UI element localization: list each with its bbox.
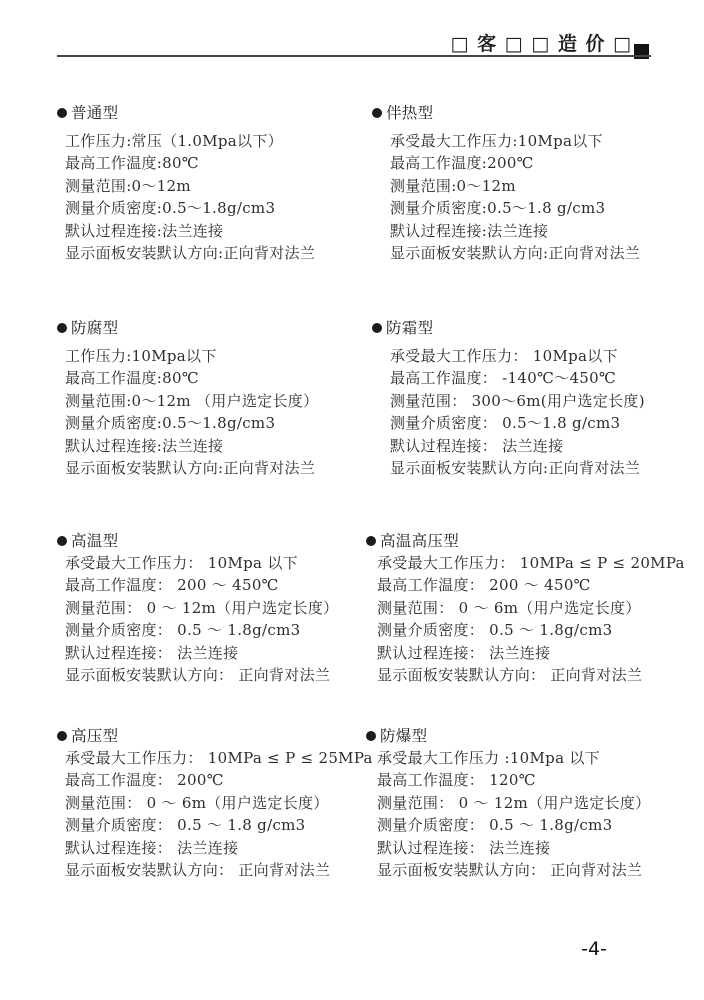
bullet-icon [366,536,376,546]
section-title: 防爆型 [380,725,427,747]
bullet-icon [372,108,382,118]
header-title: □ 客 □ □ 造 价 □ [451,29,633,56]
section-anticorrosion-type: 防腐型 工作压力:10Mpa以下 最高工作温度:80℃ 测量范围:0～12m （… [57,317,318,479]
section-heading: 伴热型 [372,102,640,124]
spec-line: 最高工作温度： -140℃～450℃ [390,367,645,389]
section-title: 高温型 [71,530,118,552]
spec-line: 显示面板安装默认方向:正向背对法兰 [65,242,315,264]
section-body: 承受最大工作压力： 10MPa ≤ P ≤ 20MPa 最高工作温度： 200 … [366,552,685,686]
spec-line: 测量范围： 0 ～ 12m（用户选定长度） [65,597,338,619]
bullet-icon [57,323,67,333]
spec-line: 默认过程连接:法兰连接 [65,435,318,457]
spec-line: 测量介质密度:0.5～1.8g/cm3 [65,197,315,219]
bullet-icon [57,108,67,118]
bullet-icon [57,536,67,546]
spec-line: 工作压力:10Mpa以下 [65,345,318,367]
spec-line: 默认过程连接： 法兰连接 [377,837,650,859]
spec-line: 承受最大工作压力： 10MPa ≤ P ≤ 20MPa [377,552,685,574]
spec-line: 测量范围： 0 ～ 6m（用户选定长度） [65,792,373,814]
spec-line: 承受最大工作压力： 10MPa ≤ P ≤ 25MPa [65,747,373,769]
section-heading: 防腐型 [57,317,318,339]
spec-line: 测量介质密度： 0.5 ～ 1.8g/cm3 [65,619,338,641]
spec-line: 承受最大工作压力 :10Mpa 以下 [377,747,650,769]
section-body: 承受最大工作压力： 10Mpa以下 最高工作温度： -140℃～450℃ 测量范… [372,345,645,479]
section-high-pressure-type: 高压型 承受最大工作压力： 10MPa ≤ P ≤ 25MPa 最高工作温度： … [57,725,373,881]
section-body: 承受最大工作压力： 10MPa ≤ P ≤ 25MPa 最高工作温度： 200℃… [57,747,373,881]
spec-line: 默认过程连接： 法兰连接 [65,837,373,859]
section-heading: 高温高压型 [366,530,685,552]
section-heading: 普通型 [57,102,315,124]
section-title: 高压型 [71,725,118,747]
section-title: 防霜型 [386,317,433,339]
spec-line: 默认过程连接:法兰连接 [65,220,315,242]
spec-line: 默认过程连接： 法兰连接 [377,642,685,664]
spec-line: 测量介质密度:0.5～1.8g/cm3 [65,412,318,434]
section-body: 工作压力:常压（1.0Mpa以下） 最高工作温度:80℃ 测量范围:0～12m … [57,130,315,264]
spec-line: 显示面板安装默认方向:正向背对法兰 [65,457,318,479]
spec-line: 最高工作温度： 120℃ [377,769,650,791]
bullet-icon [366,731,376,741]
section-high-temp-high-pressure-type: 高温高压型 承受最大工作压力： 10MPa ≤ P ≤ 20MPa 最高工作温度… [366,530,685,686]
section-body: 承受最大工作压力:10Mpa以下 最高工作温度:200℃ 测量范围:0～12m … [372,130,640,264]
spec-line: 测量范围： 0 ～ 6m（用户选定长度） [377,597,685,619]
section-heat-traced-type: 伴热型 承受最大工作压力:10Mpa以下 最高工作温度:200℃ 测量范围:0～… [372,102,640,264]
spec-line: 默认过程连接:法兰连接 [390,220,640,242]
spec-line: 默认过程连接： 法兰连接 [65,642,338,664]
section-heading: 高温型 [57,530,338,552]
spec-line: 显示面板安装默认方向： 正向背对法兰 [65,664,338,686]
spec-line: 承受最大工作压力： 10Mpa 以下 [65,552,338,574]
spec-line: 测量范围:0～12m [65,175,315,197]
section-body: 承受最大工作压力 :10Mpa 以下 最高工作温度： 120℃ 测量范围： 0 … [366,747,650,881]
section-title: 高温高压型 [380,530,459,552]
spec-line: 显示面板安装默认方向:正向背对法兰 [390,242,640,264]
spec-line: 承受最大工作压力:10Mpa以下 [390,130,640,152]
spec-line: 显示面板安装默认方向： 正向背对法兰 [377,664,685,686]
page-number: -4- [568,938,620,960]
spec-line: 显示面板安装默认方向:正向背对法兰 [390,457,645,479]
spec-line: 最高工作温度： 200 ～ 450℃ [377,574,685,596]
section-heading: 防爆型 [366,725,650,747]
spec-line: 测量介质密度： 0.5 ～ 1.8g/cm3 [377,814,650,836]
section-heading: 防霜型 [372,317,645,339]
document-page: □ 客 □ □ 造 价 □ 普通型 工作压力:常压（1.0Mpa以下） 最高工作… [0,0,704,1000]
spec-line: 测量范围： 0 ～ 12m（用户选定长度） [377,792,650,814]
section-ordinary-type: 普通型 工作压力:常压（1.0Mpa以下） 最高工作温度:80℃ 测量范围:0～… [57,102,315,264]
section-explosion-proof-type: 防爆型 承受最大工作压力 :10Mpa 以下 最高工作温度： 120℃ 测量范围… [366,725,650,881]
spec-line: 默认过程连接： 法兰连接 [390,435,645,457]
bullet-icon [57,731,67,741]
spec-line: 最高工作温度： 200℃ [65,769,373,791]
spec-line: 显示面板安装默认方向： 正向背对法兰 [65,859,373,881]
spec-line: 最高工作温度:80℃ [65,152,315,174]
header-rule [57,55,651,57]
section-body: 承受最大工作压力： 10Mpa 以下 最高工作温度： 200 ～ 450℃ 测量… [57,552,338,686]
spec-line: 最高工作温度:200℃ [390,152,640,174]
spec-line: 测量介质密度： 0.5 ～ 1.8 g/cm3 [65,814,373,836]
spec-line: 最高工作温度： 200 ～ 450℃ [65,574,338,596]
section-high-temperature-type: 高温型 承受最大工作压力： 10Mpa 以下 最高工作温度： 200 ～ 450… [57,530,338,686]
section-antifrost-type: 防霜型 承受最大工作压力： 10Mpa以下 最高工作温度： -140℃～450℃… [372,317,645,479]
spec-line: 工作压力:常压（1.0Mpa以下） [65,130,315,152]
spec-line: 最高工作温度:80℃ [65,367,318,389]
spec-line: 显示面板安装默认方向： 正向背对法兰 [377,859,650,881]
section-title: 普通型 [71,102,118,124]
spec-line: 测量介质密度： 0.5～1.8 g/cm3 [390,412,645,434]
section-title: 防腐型 [71,317,118,339]
section-body: 工作压力:10Mpa以下 最高工作温度:80℃ 测量范围:0～12m （用户选定… [57,345,318,479]
spec-line: 测量范围:0～12m [390,175,640,197]
spec-line: 承受最大工作压力： 10Mpa以下 [390,345,645,367]
bullet-icon [372,323,382,333]
spec-line: 测量介质密度： 0.5 ～ 1.8g/cm3 [377,619,685,641]
spec-line: 测量范围:0～12m （用户选定长度） [65,390,318,412]
spec-line: 测量介质密度:0.5～1.8 g/cm3 [390,197,640,219]
spec-line: 测量范围： 300～6m(用户选定长度) [390,390,645,412]
section-title: 伴热型 [386,102,433,124]
section-heading: 高压型 [57,725,373,747]
